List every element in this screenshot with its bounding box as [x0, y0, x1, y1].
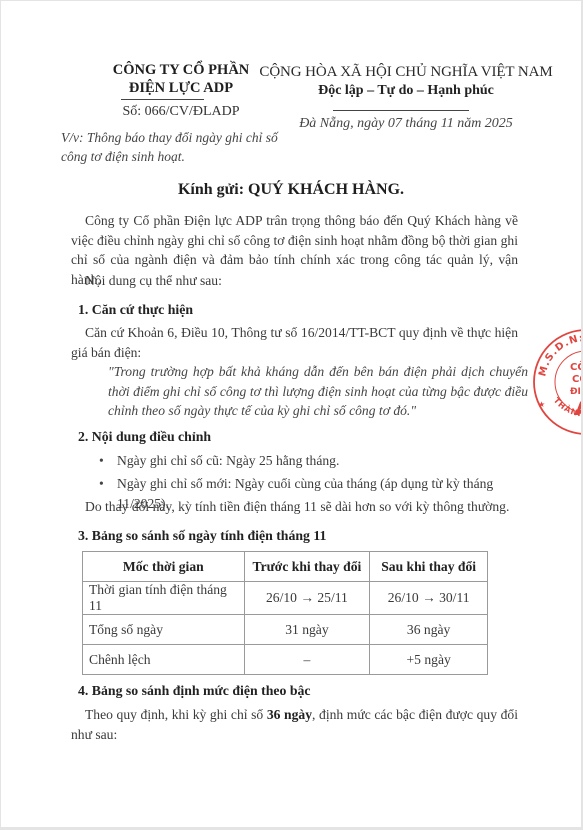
section4-heading: 4. Bảng so sánh định mức điện theo bậc: [78, 683, 311, 699]
salutation: Kính gửi: QUÝ KHÁCH HÀNG.: [1, 181, 581, 199]
comparison-table: Mốc thời gian Trước khi thay đổi Sau khi…: [82, 551, 488, 675]
company-seal-icon: M.S.D.N:0402 THÀNH PH CÔN CỔ ĐIỆ A ★: [531, 327, 581, 437]
section1-basis: Căn cứ Khoản 6, Điều 10, Thông tư số 16/…: [71, 323, 518, 362]
document-page: CÔNG TY CỔ PHẦN ĐIỆN LỰC ADP Số: 066/CV/…: [1, 1, 581, 827]
table-cell: 26/10 → 30/11: [370, 582, 488, 615]
section1-heading: 1. Căn cứ thực hiện: [78, 302, 193, 318]
header-left-divider: [121, 99, 204, 100]
section2-note: Do thay đổi này, kỳ tính tiền điện tháng…: [85, 497, 532, 517]
table-cell: +5 ngày: [370, 645, 488, 675]
content-intro: Nội dung cụ thể như sau:: [71, 271, 518, 291]
table-cell: –: [244, 645, 370, 675]
document-subject: V/v: Thông báo thay đổi ngày ghi chỉ số …: [61, 128, 281, 166]
table-cell: 31 ngày: [244, 615, 370, 645]
list-item: Ngày ghi chỉ số mới: Ngày cuối cùng của …: [99, 474, 529, 497]
header-right-divider: [333, 110, 469, 111]
section4-highlight: 36 ngày: [267, 707, 312, 722]
table-cell: 36 ngày: [370, 615, 488, 645]
table-cell: Tổng số ngày: [83, 615, 245, 645]
svg-text:★: ★: [538, 400, 545, 409]
table-cell: 26/10 → 25/11: [244, 582, 370, 615]
table-row: Chênh lệch – +5 ngày: [83, 645, 488, 675]
list-item: Ngày ghi chỉ số cũ: Ngày 25 hằng tháng.: [99, 451, 529, 474]
table-header-cell: Mốc thời gian: [83, 552, 245, 582]
table-row: Thời gian tính điện tháng 11 26/10 → 25/…: [83, 582, 488, 615]
date-line: Đà Nẵng, ngày 07 tháng 11 năm 2025: [251, 116, 561, 132]
section2-heading: 2. Nội dung điều chỉnh: [78, 429, 211, 445]
table-cell: Chênh lệch: [83, 645, 245, 675]
section4-text-before: Theo quy định, khi kỳ ghi chỉ số: [85, 707, 267, 722]
table-header-cell: Trước khi thay đổi: [244, 552, 370, 582]
section4-paragraph: Theo quy định, khi kỳ ghi chỉ số 36 ngày…: [71, 705, 518, 744]
svg-text:CÔN: CÔN: [570, 360, 581, 373]
table-row: Tổng số ngày 31 ngày 36 ngày: [83, 615, 488, 645]
table-header-row: Mốc thời gian Trước khi thay đổi Sau khi…: [83, 552, 488, 582]
section1-quote: "Trong trường hợp bất khả kháng dẫn đến …: [108, 362, 528, 421]
table-header-cell: Sau khi thay đổi: [370, 552, 488, 582]
section2-bullet-list: Ngày ghi chỉ số cũ: Ngày 25 hằng tháng. …: [99, 451, 529, 497]
svg-text:A: A: [575, 398, 581, 420]
national-motto: Độc lập – Tự do – Hạnh phúc: [251, 83, 561, 99]
national-title: CỘNG HÒA XÃ HỘI CHỦ NGHĨA VIỆT NAM: [251, 64, 561, 81]
section3-heading: 3. Bảng so sánh số ngày tính điện tháng …: [78, 528, 326, 544]
svg-text:ĐIỆ: ĐIỆ: [570, 386, 581, 397]
table-cell: Thời gian tính điện tháng 11: [83, 582, 245, 615]
